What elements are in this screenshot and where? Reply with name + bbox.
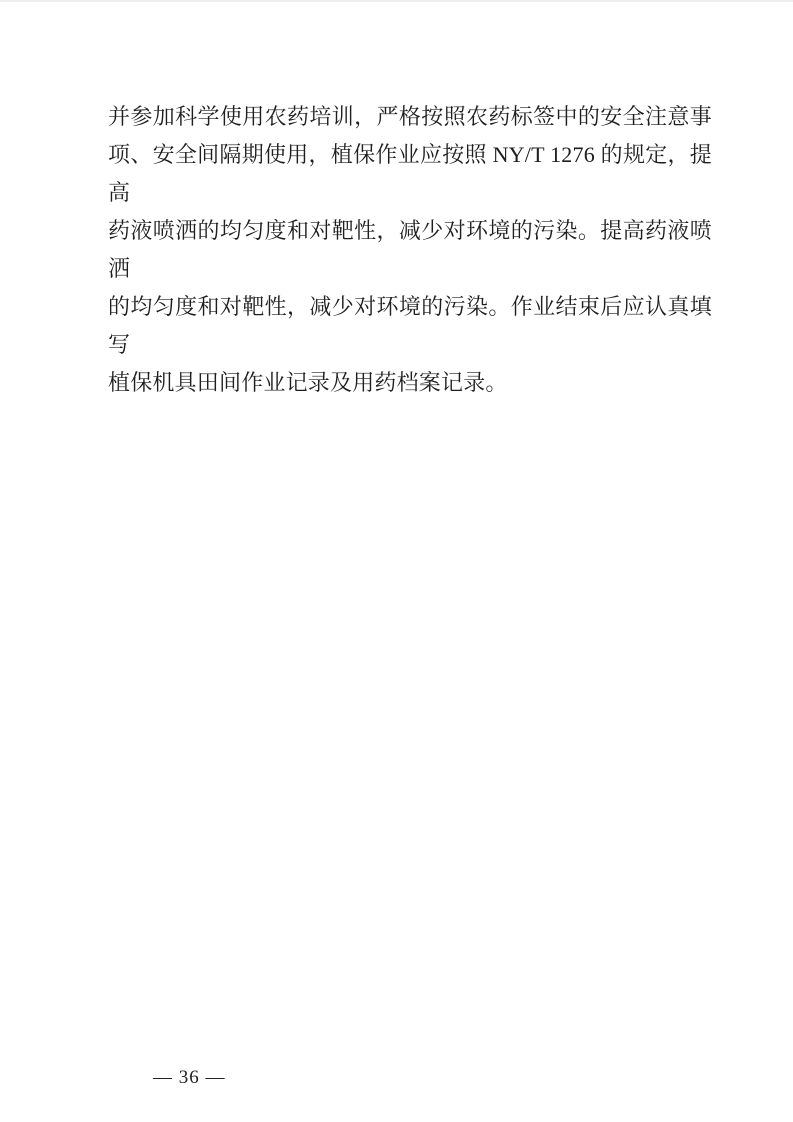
- page-number-text: — 36 —: [153, 1067, 226, 1088]
- paragraph-line-5: 植保机具田间作业记录及用药档案记录。: [108, 364, 712, 402]
- paragraph-line-4: 的均匀度和对靶性，减少对环境的污染。作业结束后应认真填写: [108, 288, 712, 364]
- paragraph-line-1: 并参加科学使用农药培训，严格按照农药标签中的安全注意事: [108, 98, 712, 136]
- paragraph-line-2: 项、安全间隔期使用，植保作业应按照 NY/T 1276 的规定，提高: [108, 136, 712, 212]
- page-number: — 36 —: [130, 1042, 226, 1114]
- paragraph-line-3: 药液喷洒的均匀度和对靶性，减少对环境的污染。提高药液喷洒: [108, 212, 712, 288]
- document-page: 并参加科学使用农药培训，严格按照农药标签中的安全注意事 项、安全间隔期使用，植保…: [0, 0, 793, 1122]
- body-paragraph: 并参加科学使用农药培训，严格按照农药标签中的安全注意事 项、安全间隔期使用，植保…: [108, 98, 712, 402]
